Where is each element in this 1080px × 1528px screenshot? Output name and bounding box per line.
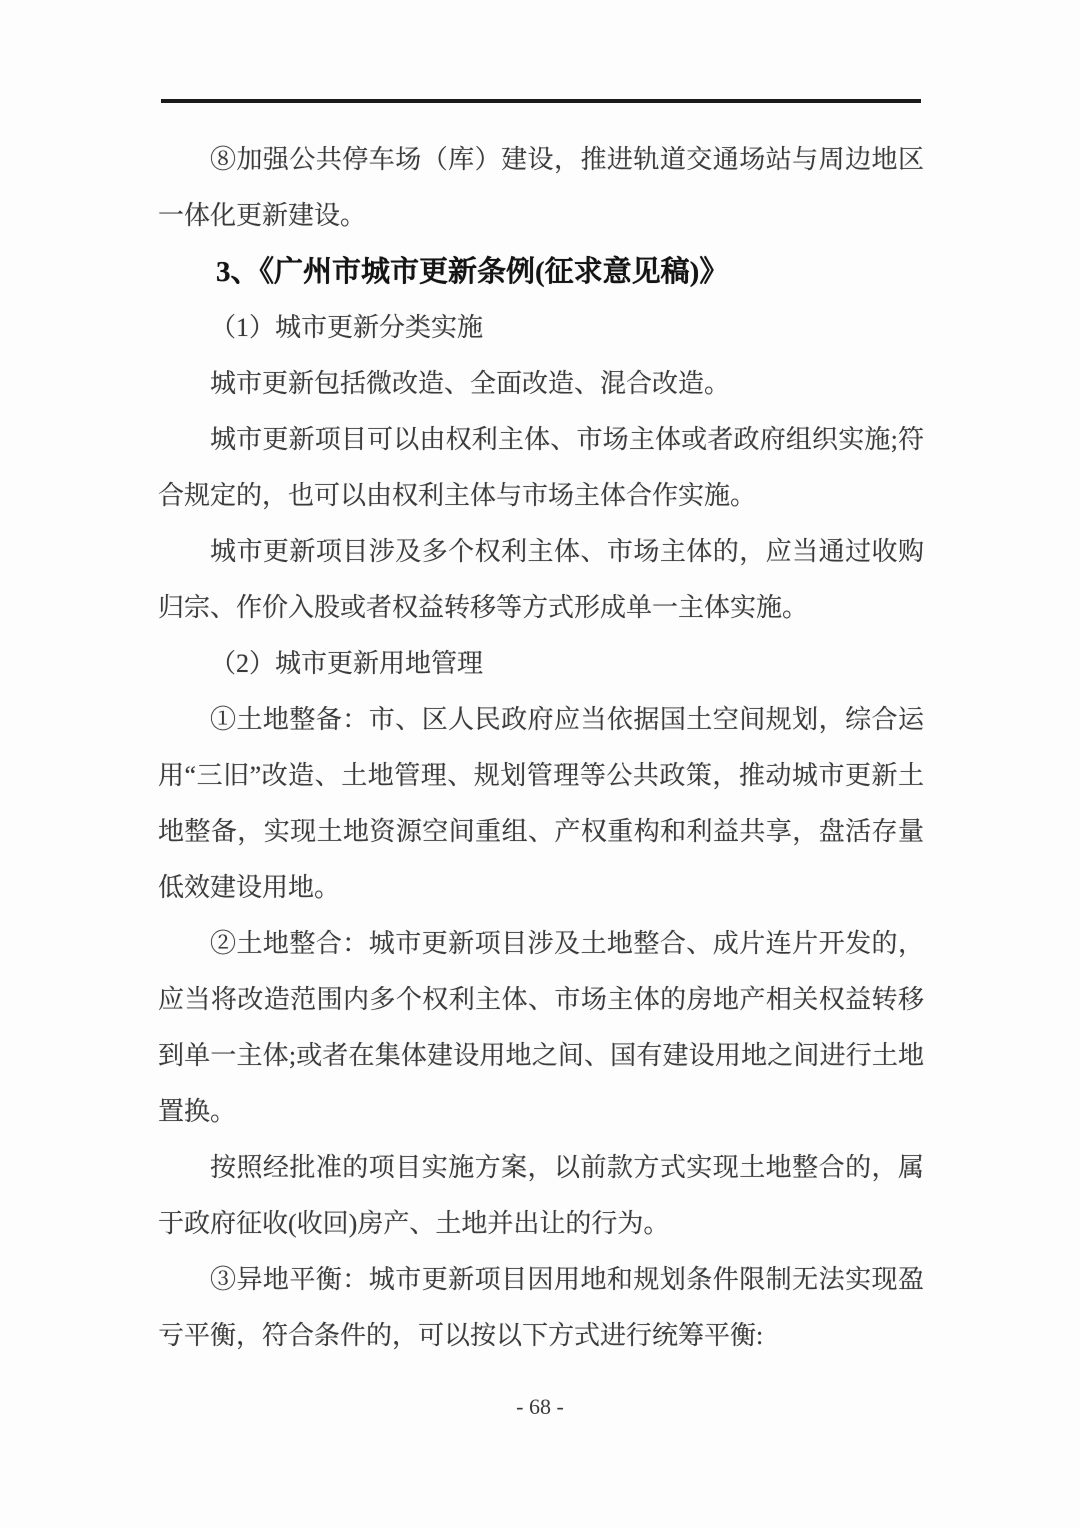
page-number: - 68 -: [516, 1394, 564, 1419]
paragraph-parking-renewal: ⑧加强公共停车场（库）建设，推进轨道交通场站与周边地区一体化更新建设。: [158, 132, 924, 244]
document-page: ⑧加强公共停车场（库）建设，推进轨道交通场站与周边地区一体化更新建设。 3、《广…: [0, 0, 1080, 1528]
paragraph-implementing-entities: 城市更新项目可以由权利主体、市场主体或者政府组织实施;符合规定的，也可以由权利主…: [158, 412, 924, 524]
page-footer: - 68 -: [0, 1392, 1080, 1422]
paragraph-renewal-types: 城市更新包括微改造、全面改造、混合改造。: [158, 356, 924, 412]
paragraph-offsite-balance: ③异地平衡：城市更新项目因用地和规划条件限制无法实现盈亏平衡，符合条件的，可以按…: [158, 1252, 924, 1364]
header-divider-rule: [161, 99, 921, 103]
paragraph-government-expropriation: 按照经批准的项目实施方案，以前款方式实现土地整合的，属于政府征收(收回)房产、土…: [158, 1140, 924, 1252]
section-heading-regulation-title: 3、《广州市城市更新条例(征求意见稿)》: [158, 244, 924, 300]
document-content: ⑧加强公共停车场（库）建设，推进轨道交通场站与周边地区一体化更新建设。 3、《广…: [158, 132, 924, 1364]
subsection-heading-classification: （1）城市更新分类实施: [158, 300, 924, 356]
paragraph-land-consolidation: ②土地整合：城市更新项目涉及土地整合、成片连片开发的，应当将改造范围内多个权利主…: [158, 916, 924, 1140]
paragraph-land-preparation: ①土地整备：市、区人民政府应当依据国土空间规划，综合运用“三旧”改造、土地管理、…: [158, 692, 924, 916]
paragraph-single-entity: 城市更新项目涉及多个权利主体、市场主体的，应当通过收购归宗、作价入股或者权益转移…: [158, 524, 924, 636]
subsection-heading-land-management: （2）城市更新用地管理: [158, 636, 924, 692]
